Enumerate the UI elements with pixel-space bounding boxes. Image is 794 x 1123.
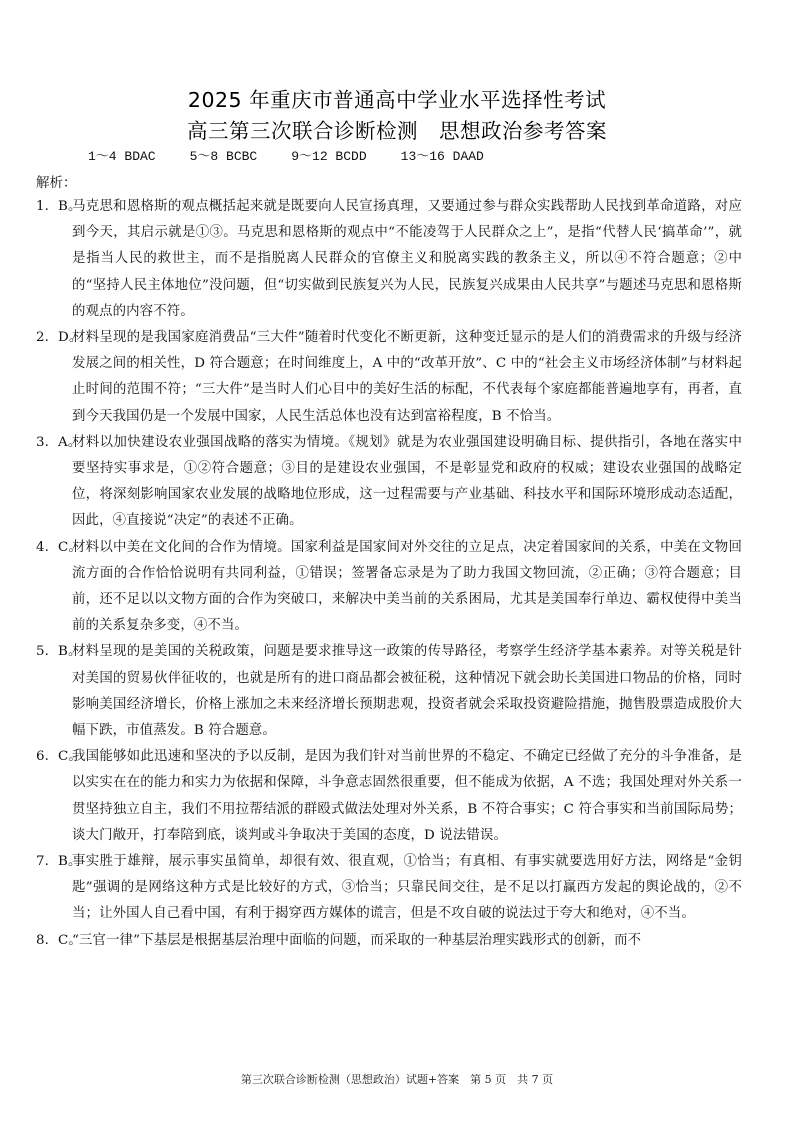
item-number: 4.	[36, 535, 58, 561]
item-text: “三官一律”下基层是根据基层治理中面临的问题，而采取的一种基层治理实践形式的创新…	[72, 928, 742, 954]
item-answer: B。	[58, 639, 82, 665]
answer-key-group: 13～16 DAAD	[401, 149, 484, 164]
analysis-item: 6. C。 我国能够如此迅速和坚决的予以反制，是因为我们针对当前世界的不稳定、不…	[36, 744, 742, 849]
item-body: 材料呈现的是我国家庭消费品“三大件”随着时代变化不断更新，这种变迁显示的是人们的…	[72, 330, 742, 424]
item-number: 6.	[36, 744, 58, 770]
analysis-item: 8. C。 “三官一律”下基层是根据基层治理中面临的问题，而采取的一种基层治理实…	[36, 928, 742, 954]
item-answer: B。	[58, 194, 82, 220]
answer-key: 1～4 BDAC5～8 BCBC9～12 BCDD13～16 DAAD	[88, 145, 518, 164]
item-number: 8.	[36, 928, 58, 954]
item-text: 材料以中美在文化间的合作为情境。国家利益是国家间对外交往的立足点，决定着国家间的…	[72, 535, 742, 640]
item-answer: C。	[58, 744, 82, 770]
analysis-item: 2. D。 材料呈现的是我国家庭消费品“三大件”随着时代变化不断更新，这种变迁显…	[36, 325, 742, 430]
answer-key-group: 1～4 BDAC	[88, 149, 156, 164]
answer-key-group: 9～12 BCDD	[291, 149, 366, 164]
analysis-item: 1. B。 马克思和恩格斯的观点概括起来就是既要向人民宣扬真理，又要通过参与群众…	[36, 194, 742, 325]
item-body: 我国能够如此迅速和坚决的予以反制，是因为我们针对当前世界的不稳定、不确定已经做了…	[72, 749, 742, 843]
item-answer: C。	[58, 535, 82, 561]
analysis-item: 4. C。 材料以中美在文化间的合作为情境。国家利益是国家间对外交往的立足点，决…	[36, 535, 742, 640]
item-answer: A。	[58, 430, 81, 456]
item-text: 材料以加快建设农业强国战略的落实为情境。《规划》就是为农业强国建设明确目标、提供…	[72, 430, 742, 535]
item-number: 1.	[36, 194, 58, 220]
item-answer: C。	[58, 928, 82, 954]
answer-key-group: 5～8 BCBC	[190, 149, 258, 164]
item-body: 材料呈现的是美国的关税政策，问题是要求推导这一政策的传导路径，考察学生经济学基本…	[72, 644, 742, 738]
analysis-item: 7. B。 事实胜于雄辩，展示事实虽简单，却很有效、很直观，①恰当；有真相、有事…	[36, 849, 742, 928]
item-number: 5.	[36, 639, 58, 665]
document-title-line2: 高三第三次联合诊断检测 思想政治参考答案	[0, 114, 794, 144]
item-text: 材料呈现的是美国的关税政策，问题是要求推导这一政策的传导路径，考察学生经济学基本…	[72, 639, 742, 744]
item-body: 事实胜于雄辩，展示事实虽简单，却很有效、很直观，①恰当；有真相、有事实就要选用好…	[72, 854, 742, 921]
item-number: 7.	[36, 849, 58, 875]
item-body: 材料以中美在文化间的合作为情境。国家利益是国家间对外交往的立足点，决定着国家间的…	[72, 540, 742, 634]
item-answer: B。	[58, 849, 82, 875]
analysis-label: 解析：	[36, 171, 77, 191]
analysis-item: 5. B。 材料呈现的是美国的关税政策，问题是要求推导这一政策的传导路径，考察学…	[36, 639, 742, 744]
item-number: 3.	[36, 430, 58, 456]
item-text: 我国能够如此迅速和坚决的予以反制，是因为我们针对当前世界的不稳定、不确定已经做了…	[72, 744, 742, 849]
page-footer: 第三次联合诊断检测（思想政治）试题+答案 第 5 页 共 7 页	[0, 1071, 794, 1087]
item-text: 马克思和恩格斯的观点概括起来就是既要向人民宣扬真理，又要通过参与群众实践帮助人民…	[72, 194, 742, 325]
document-title-line1: 2025 年重庆市普通高中学业水平选择性考试	[0, 83, 794, 113]
item-answer: D。	[58, 325, 82, 351]
item-body: “三官一律”下基层是根据基层治理中面临的问题，而采取的一种基层治理实践形式的创新…	[72, 933, 641, 948]
item-number: 2.	[36, 325, 58, 351]
item-text: 材料呈现的是我国家庭消费品“三大件”随着时代变化不断更新，这种变迁显示的是人们的…	[72, 325, 742, 430]
item-body: 材料以加快建设农业强国战略的落实为情境。《规划》就是为农业强国建设明确目标、提供…	[72, 435, 742, 529]
analysis-list: 1. B。 马克思和恩格斯的观点概括起来就是既要向人民宣扬真理，又要通过参与群众…	[36, 194, 742, 954]
item-body: 马克思和恩格斯的观点概括起来就是既要向人民宣扬真理，又要通过参与群众实践帮助人民…	[72, 199, 742, 319]
item-text: 事实胜于雄辩，展示事实虽简单，却很有效、很直观，①恰当；有真相、有事实就要选用好…	[72, 849, 742, 928]
analysis-item: 3. A。 材料以加快建设农业强国战略的落实为情境。《规划》就是为农业强国建设明…	[36, 430, 742, 535]
